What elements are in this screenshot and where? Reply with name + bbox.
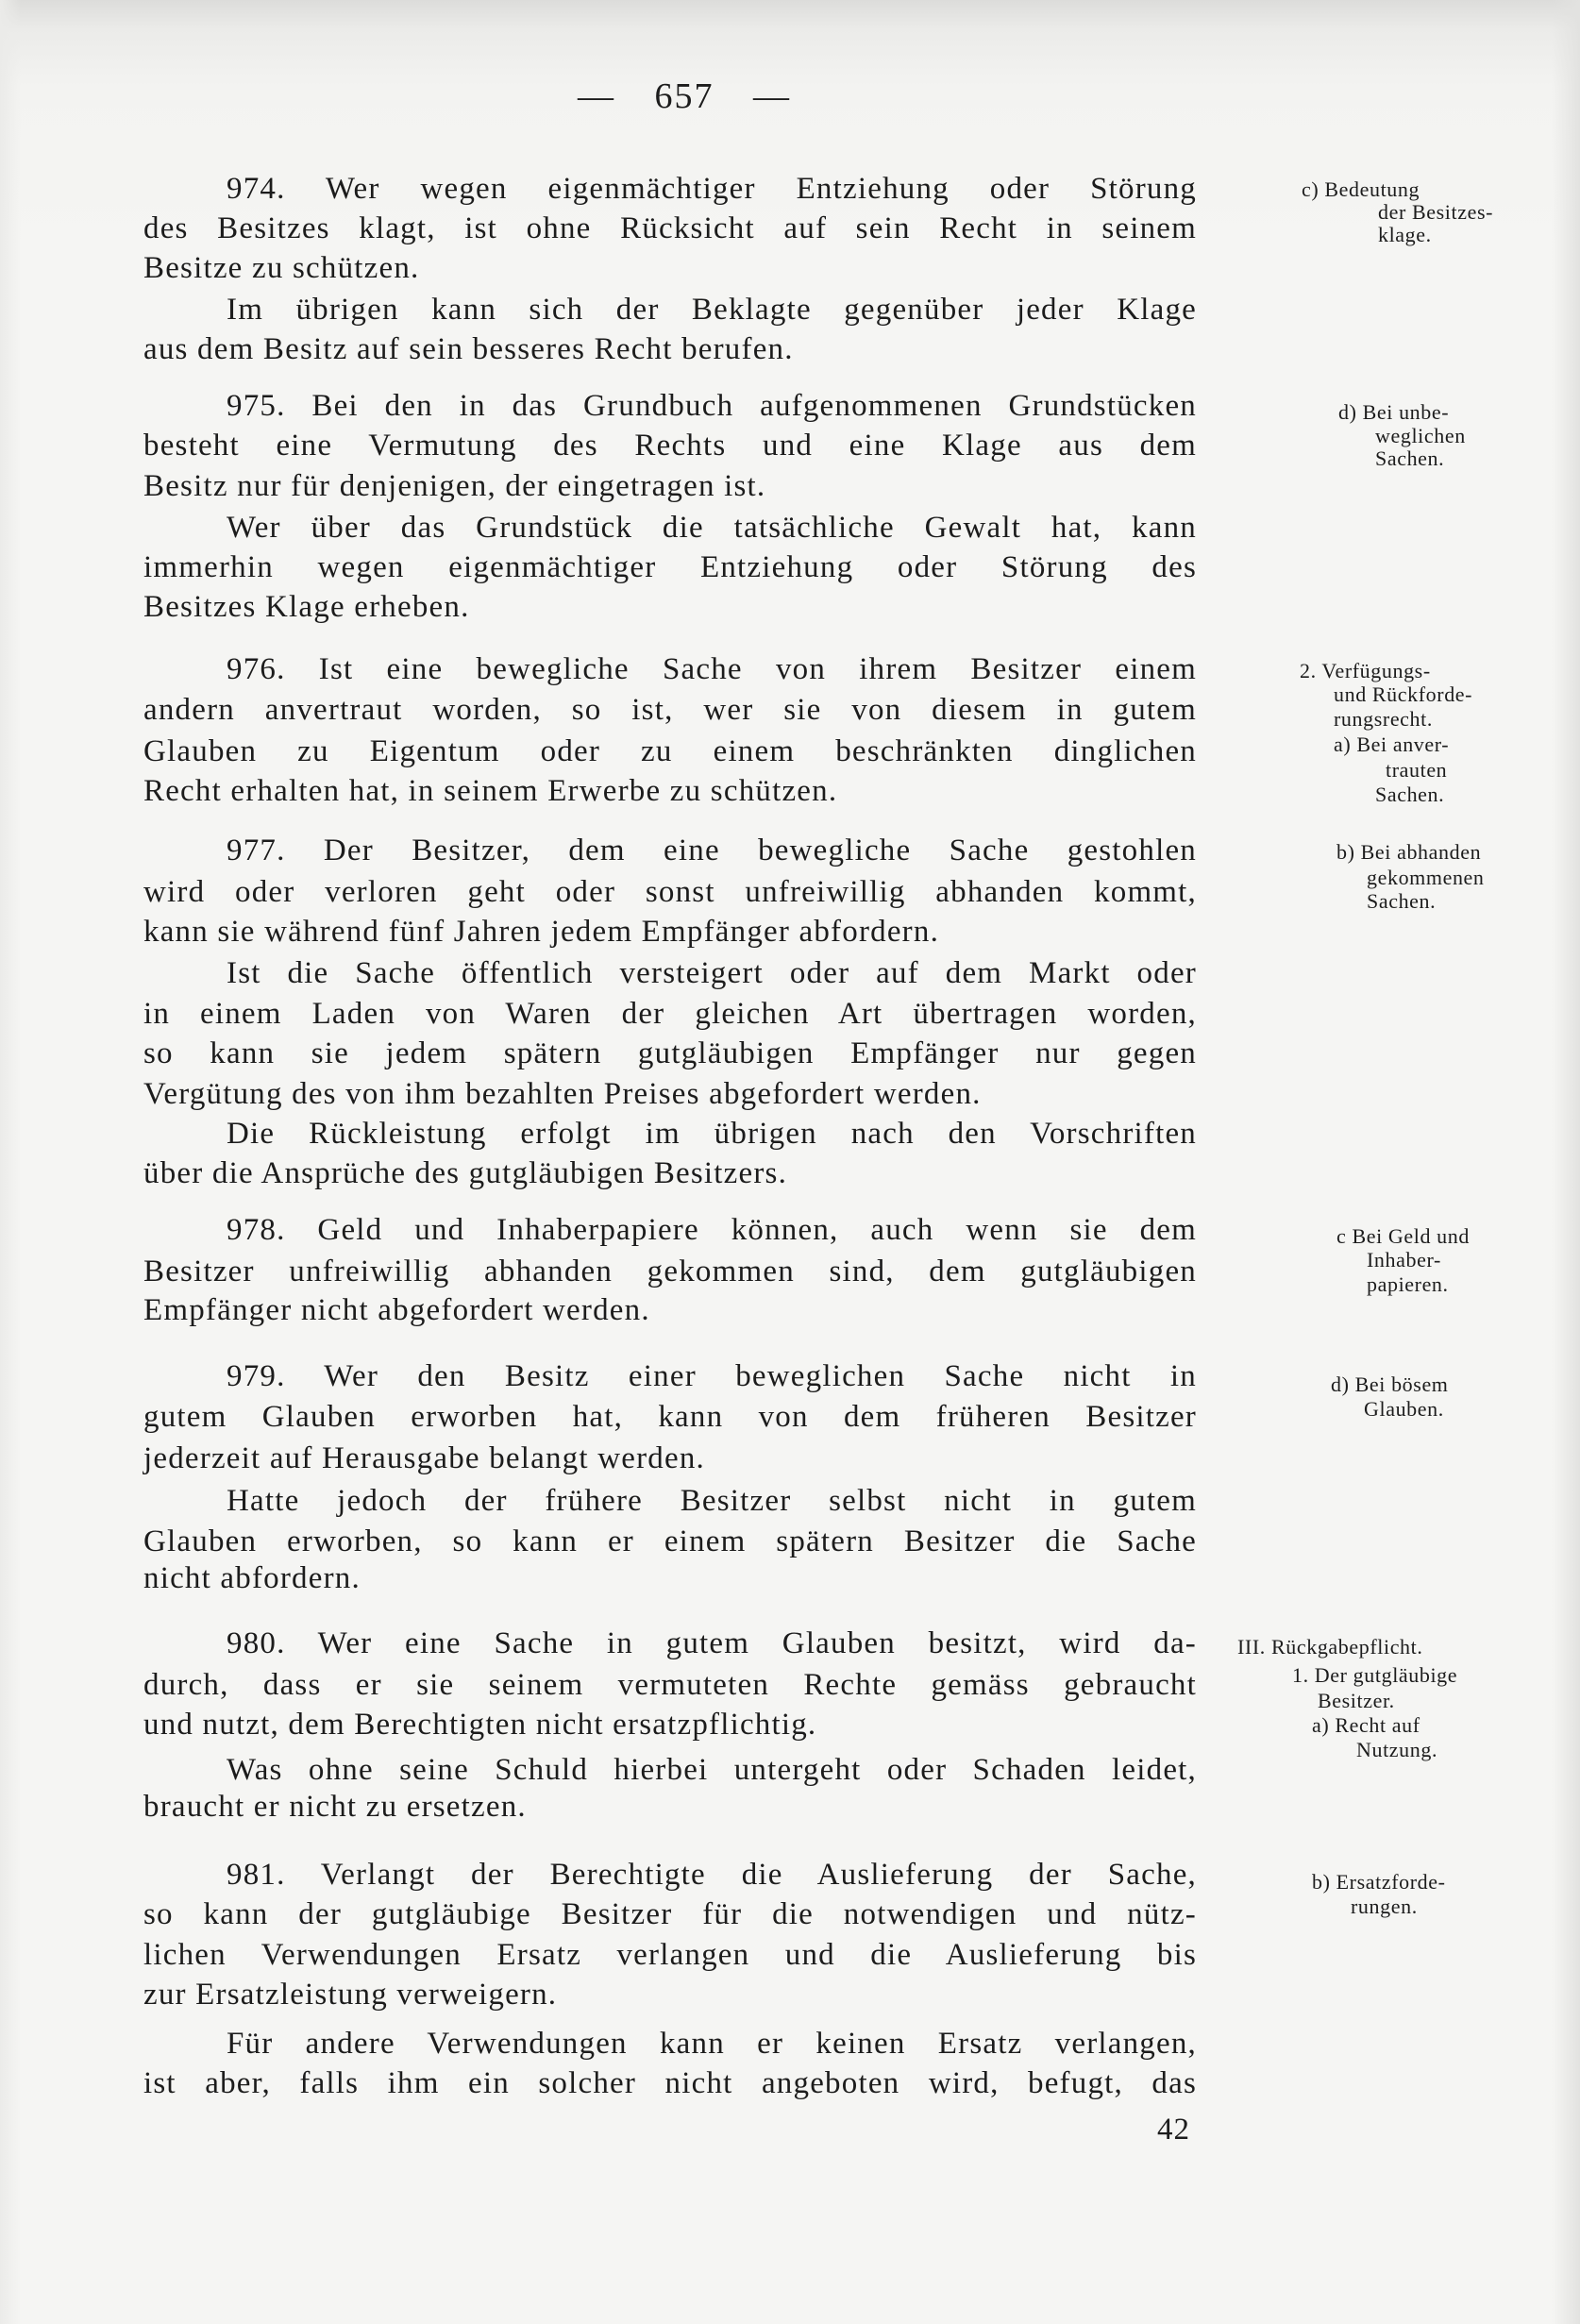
text-line: so kann sie jedem spätern gutgläubigen E… — [143, 1035, 1197, 1072]
text-line: in einem Laden von Waren der gleichen Ar… — [143, 995, 1197, 1033]
text-line: Ist die Sache öffentlich versteigert ode… — [143, 954, 1197, 992]
text-line: zur Ersatzleistung verweigern. — [143, 1976, 1197, 2013]
text-line: 975. Bei den in das Grundbuch aufgenomme… — [143, 387, 1197, 425]
text-line: braucht er nicht zu ersetzen. — [143, 1788, 1197, 1826]
margin-note-line: a) Bei anver- — [1334, 733, 1449, 757]
text-line: 978. Geld und Inhaberpapiere können, auc… — [143, 1211, 1197, 1249]
text-line: lichen Verwendungen Ersatz verlangen und… — [143, 1936, 1197, 1974]
margin-note-line: Nutzung. — [1356, 1738, 1437, 1762]
margin-note-line: trauten — [1386, 758, 1447, 783]
margin-note-line: Besitzer. — [1318, 1689, 1395, 1713]
margin-note-line: rungsrecht. — [1334, 707, 1433, 732]
margin-note-line: d) Bei unbe- — [1338, 400, 1449, 425]
text-line: Empfänger nicht abgefordert werden. — [143, 1291, 1197, 1329]
text-line: aus dem Besitz auf sein besseres Recht b… — [143, 330, 1197, 368]
text-line: und nutzt, dem Berechtigten nicht ersatz… — [143, 1706, 1197, 1743]
text-line: andern anvertraut worden, so ist, wer si… — [143, 691, 1197, 729]
margin-note-line: 1. Der gutgläubige — [1292, 1663, 1457, 1688]
text-line: ist aber, falls ihm ein solcher nicht an… — [143, 2064, 1197, 2102]
text-line: Besitz nur für denjenigen, der eingetrag… — [143, 467, 1197, 505]
text-line: Im übrigen kann sich der Beklagte gegenü… — [143, 291, 1197, 328]
text-line: über die Ansprüche des gutgläubigen Besi… — [143, 1154, 1197, 1192]
margin-note-line: und Rückforde- — [1334, 682, 1472, 707]
text-line: Vergütung des von ihm bezahlten Preises … — [143, 1075, 1197, 1113]
margin-note-line: klage. — [1378, 223, 1432, 247]
text-line: Besitzes Klage erheben. — [143, 588, 1197, 626]
text-line: 977. Der Besitzer, dem eine bewegliche S… — [143, 832, 1197, 869]
margin-note-line: Sachen. — [1375, 783, 1444, 807]
margin-note-line: gekommenen — [1367, 866, 1485, 890]
text-line: Glauben erworben, so kann er einem späte… — [143, 1523, 1197, 1560]
text-line: 980. Wer eine Sache in gutem Glauben bes… — [143, 1625, 1197, 1662]
margin-note-line: d) Bei bösem — [1331, 1373, 1449, 1397]
text-line: 981. Verlangt der Berechtigte die Auslie… — [143, 1856, 1197, 1894]
text-line: Was ohne seine Schuld hierbei untergeht … — [143, 1751, 1197, 1789]
text-line: 979. Wer den Besitz einer beweglichen Sa… — [143, 1357, 1197, 1395]
margin-note-line: 2. Verfügungs- — [1300, 659, 1431, 683]
text-line: besteht eine Vermutung des Rechts und ei… — [143, 427, 1197, 464]
margin-note-line: der Besitzes- — [1378, 200, 1493, 225]
margin-note-line: b) Ersatzforde- — [1312, 1870, 1446, 1895]
text-line: wird oder verloren geht oder sonst unfre… — [143, 873, 1197, 911]
text-line: Hatte jedoch der frühere Besitzer selbst… — [143, 1482, 1197, 1520]
text-line: Glauben zu Eigentum oder zu einem beschr… — [143, 733, 1197, 770]
margin-note-line: c) Bedeutung — [1302, 177, 1420, 202]
margin-note-line: Sachen. — [1375, 446, 1444, 471]
scan-shading-left — [0, 0, 21, 2324]
text-line: Besitzer unfreiwillig abhanden gekommen … — [143, 1253, 1197, 1290]
text-line: so kann der gutgläubige Besitzer für die… — [143, 1895, 1197, 1933]
text-line: 976. Ist eine bewegliche Sache von ihrem… — [143, 650, 1197, 688]
text-line: Besitze zu schützen. — [143, 249, 1197, 287]
margin-note-line: a) Recht auf — [1312, 1713, 1420, 1738]
scan-shading-right — [1552, 0, 1580, 2324]
text-line: nicht abfordern. — [143, 1559, 1197, 1597]
text-line: kann sie während fünf Jahren jedem Empfä… — [143, 913, 1197, 951]
margin-note-line: Glauben. — [1364, 1397, 1444, 1422]
margin-note-line: rungen. — [1351, 1895, 1418, 1919]
margin-note-line: b) Bei abhanden — [1336, 840, 1481, 865]
text-line: Die Rückleistung erfolgt im übrigen nach… — [143, 1115, 1197, 1153]
margin-note-line: weglichen — [1375, 424, 1466, 448]
text-line: Recht erhalten hat, in seinem Erwerbe zu… — [143, 772, 1197, 810]
margin-note-line: Inhaber- — [1367, 1248, 1441, 1272]
text-line: 974. Wer wegen eigenmächtiger Entziehung… — [143, 170, 1197, 208]
signature-mark: 42 — [1157, 2111, 1190, 2148]
text-line: gutem Glauben erworben hat, kann von dem… — [143, 1398, 1197, 1436]
scan-shading-top — [0, 0, 1580, 245]
text-line: Für andere Verwendungen kann er keinen E… — [143, 2025, 1197, 2063]
page-number: — 657 — — [529, 77, 840, 115]
text-line: immerhin wegen eigenmächtiger Entziehung… — [143, 548, 1197, 586]
margin-note-line: c Bei Geld und — [1336, 1224, 1470, 1249]
text-line: jederzeit auf Herausgabe belangt werden. — [143, 1440, 1197, 1477]
text-line: des Besitzes klagt, ist ohne Rücksicht a… — [143, 210, 1197, 247]
margin-note-line: papieren. — [1367, 1272, 1449, 1297]
margin-note-line: III. Rückgabepflicht. — [1237, 1635, 1422, 1659]
text-line: Wer über das Grundstück die tatsächliche… — [143, 509, 1197, 547]
text-line: durch, dass er sie seinem vermuteten Rec… — [143, 1666, 1197, 1704]
margin-note-line: Sachen. — [1367, 889, 1436, 914]
